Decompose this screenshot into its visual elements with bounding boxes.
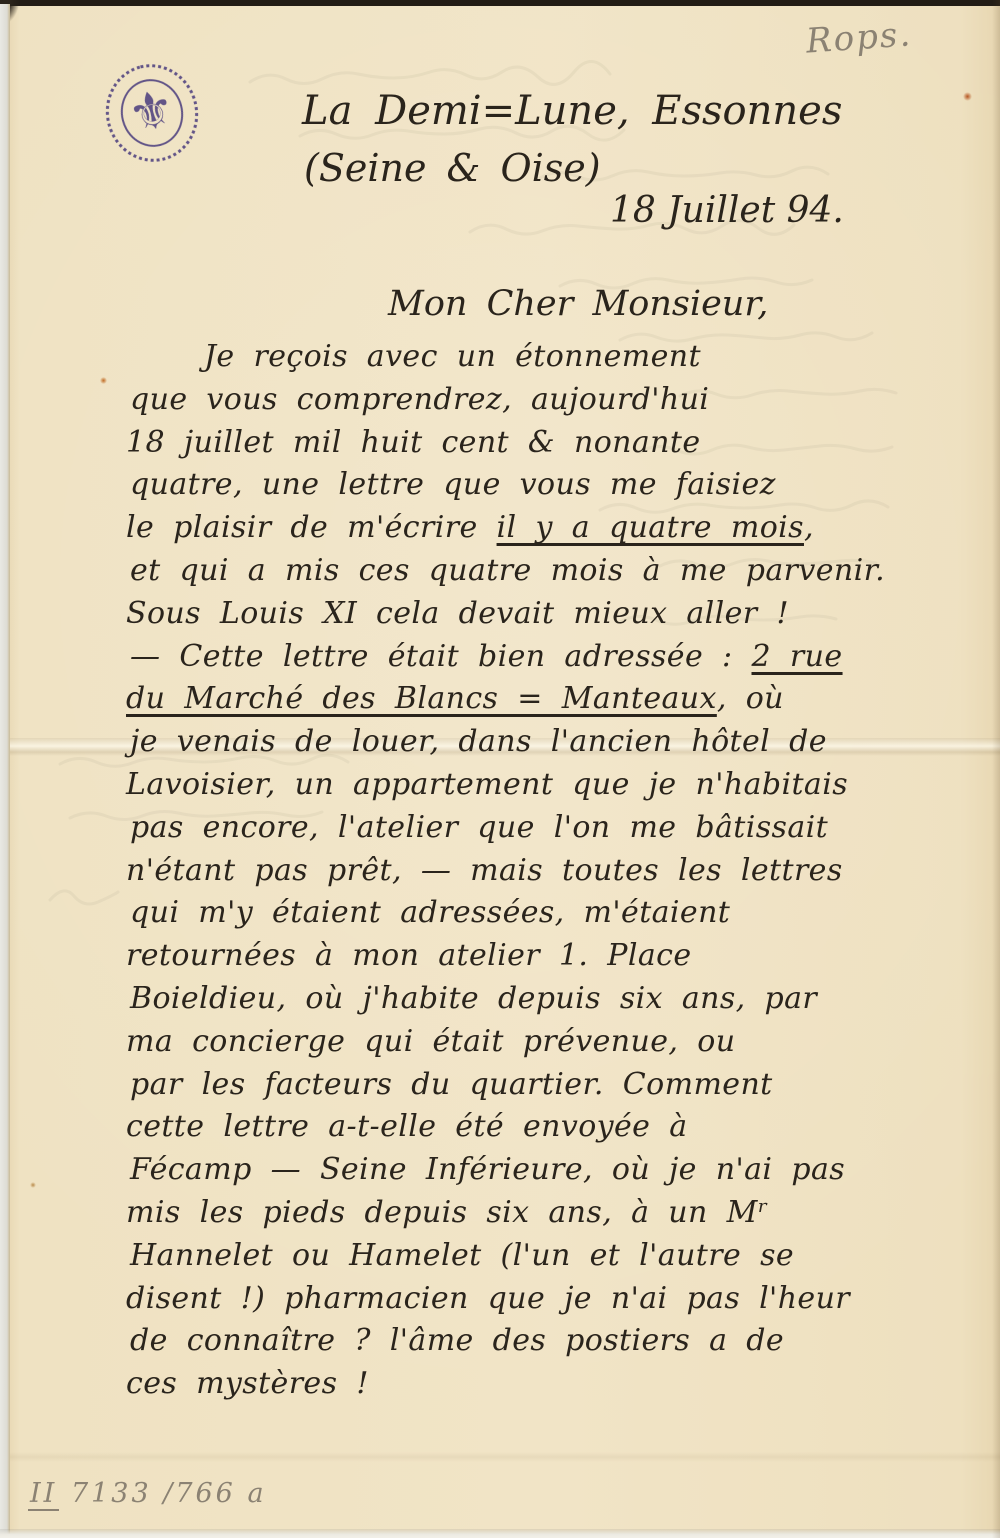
letter-date: 18 Juillet 94.	[610, 190, 844, 231]
letter-line: qui m'y étaient adressées, m'étaient	[130, 892, 972, 935]
letter-line: Fécamp — Seine Inférieure, où je n'ai pa…	[130, 1149, 972, 1192]
scan-edge-top	[0, 0, 1000, 6]
letter-line: retournées à mon atelier 1. Place	[126, 935, 972, 978]
letter-line: cette lettre a-t-elle été envoyée à	[126, 1106, 972, 1149]
letter-salutation: Mon Cher Monsieur,	[388, 284, 768, 324]
letter-line: je venais de louer, dans l'ancien hôtel …	[130, 721, 972, 764]
letter-line: ma concierge qui était prévenue, ou	[126, 1021, 972, 1064]
letter-line: du Marché des Blancs = Manteaux, où	[126, 678, 972, 721]
scan-edge-bottom	[0, 1529, 1000, 1538]
letter-line: le plaisir de m'écrire il y a quatre moi…	[126, 507, 972, 550]
letter-line: Je reçois avec un étonnement	[204, 336, 972, 379]
scan-edge-left	[0, 4, 10, 1538]
letter-line: Hannelet ou Hamelet (l'un et l'autre se	[130, 1235, 972, 1278]
letter-line: Lavoisier, un appartement que je n'habit…	[126, 764, 972, 807]
foxing-spot	[963, 92, 972, 101]
letter-line: Boieldieu, où j'habite depuis six ans, p…	[130, 978, 972, 1021]
faint-crease	[0, 1452, 1000, 1462]
scanned-letter-page: ⚜ Rops. II 7133 /766 a La Demi=Lune, Ess…	[0, 0, 1000, 1538]
foxing-spot	[100, 377, 107, 384]
letter-line: disent !) pharmacien que je n'ai pas l'h…	[126, 1278, 972, 1321]
scan-edge-right	[992, 0, 1000, 1538]
letter-line: mis les pieds depuis six ans, à un Mʳ	[126, 1192, 972, 1235]
letter-line: quatre, une lettre que vous me faisiez	[130, 464, 972, 507]
inventory-number: II 7133 /766 a	[28, 1478, 267, 1509]
letter-line: ces mystères !	[126, 1363, 972, 1406]
letter-line: par les facteurs du quartier. Comment	[130, 1064, 972, 1107]
letter-line: et qui a mis ces quatre mois à me parven…	[130, 550, 972, 593]
letter-line: n'étant pas prêt, — mais toutes les lett…	[126, 850, 972, 893]
letter-line: — Cette lettre était bien adressée : 2 r…	[130, 636, 972, 679]
letter-line: Sous Louis XI cela devait mieux aller !	[126, 593, 972, 636]
letter-line: de connaître ? l'âme des postiers a de	[130, 1320, 972, 1363]
letter-line: 18 juillet mil huit cent & nonante	[126, 422, 972, 465]
letter-place-line: La Demi=Lune, Essonnes	[302, 88, 842, 134]
letter-body: Je reçois avec un étonnement que vous co…	[126, 336, 972, 1406]
letter-department-line: (Seine & Oise)	[304, 146, 601, 190]
inventory-roman-numeral: II	[28, 1478, 59, 1511]
collector-pencil-note: Rops.	[805, 14, 914, 61]
letter-line: pas encore, l'atelier que l'on me bâtiss…	[130, 807, 972, 850]
foxing-spot	[30, 1182, 36, 1188]
inventory-digits: 7133 /766 a	[71, 1478, 267, 1509]
letter-line: que vous comprendrez, aujourd'hui	[130, 379, 972, 422]
